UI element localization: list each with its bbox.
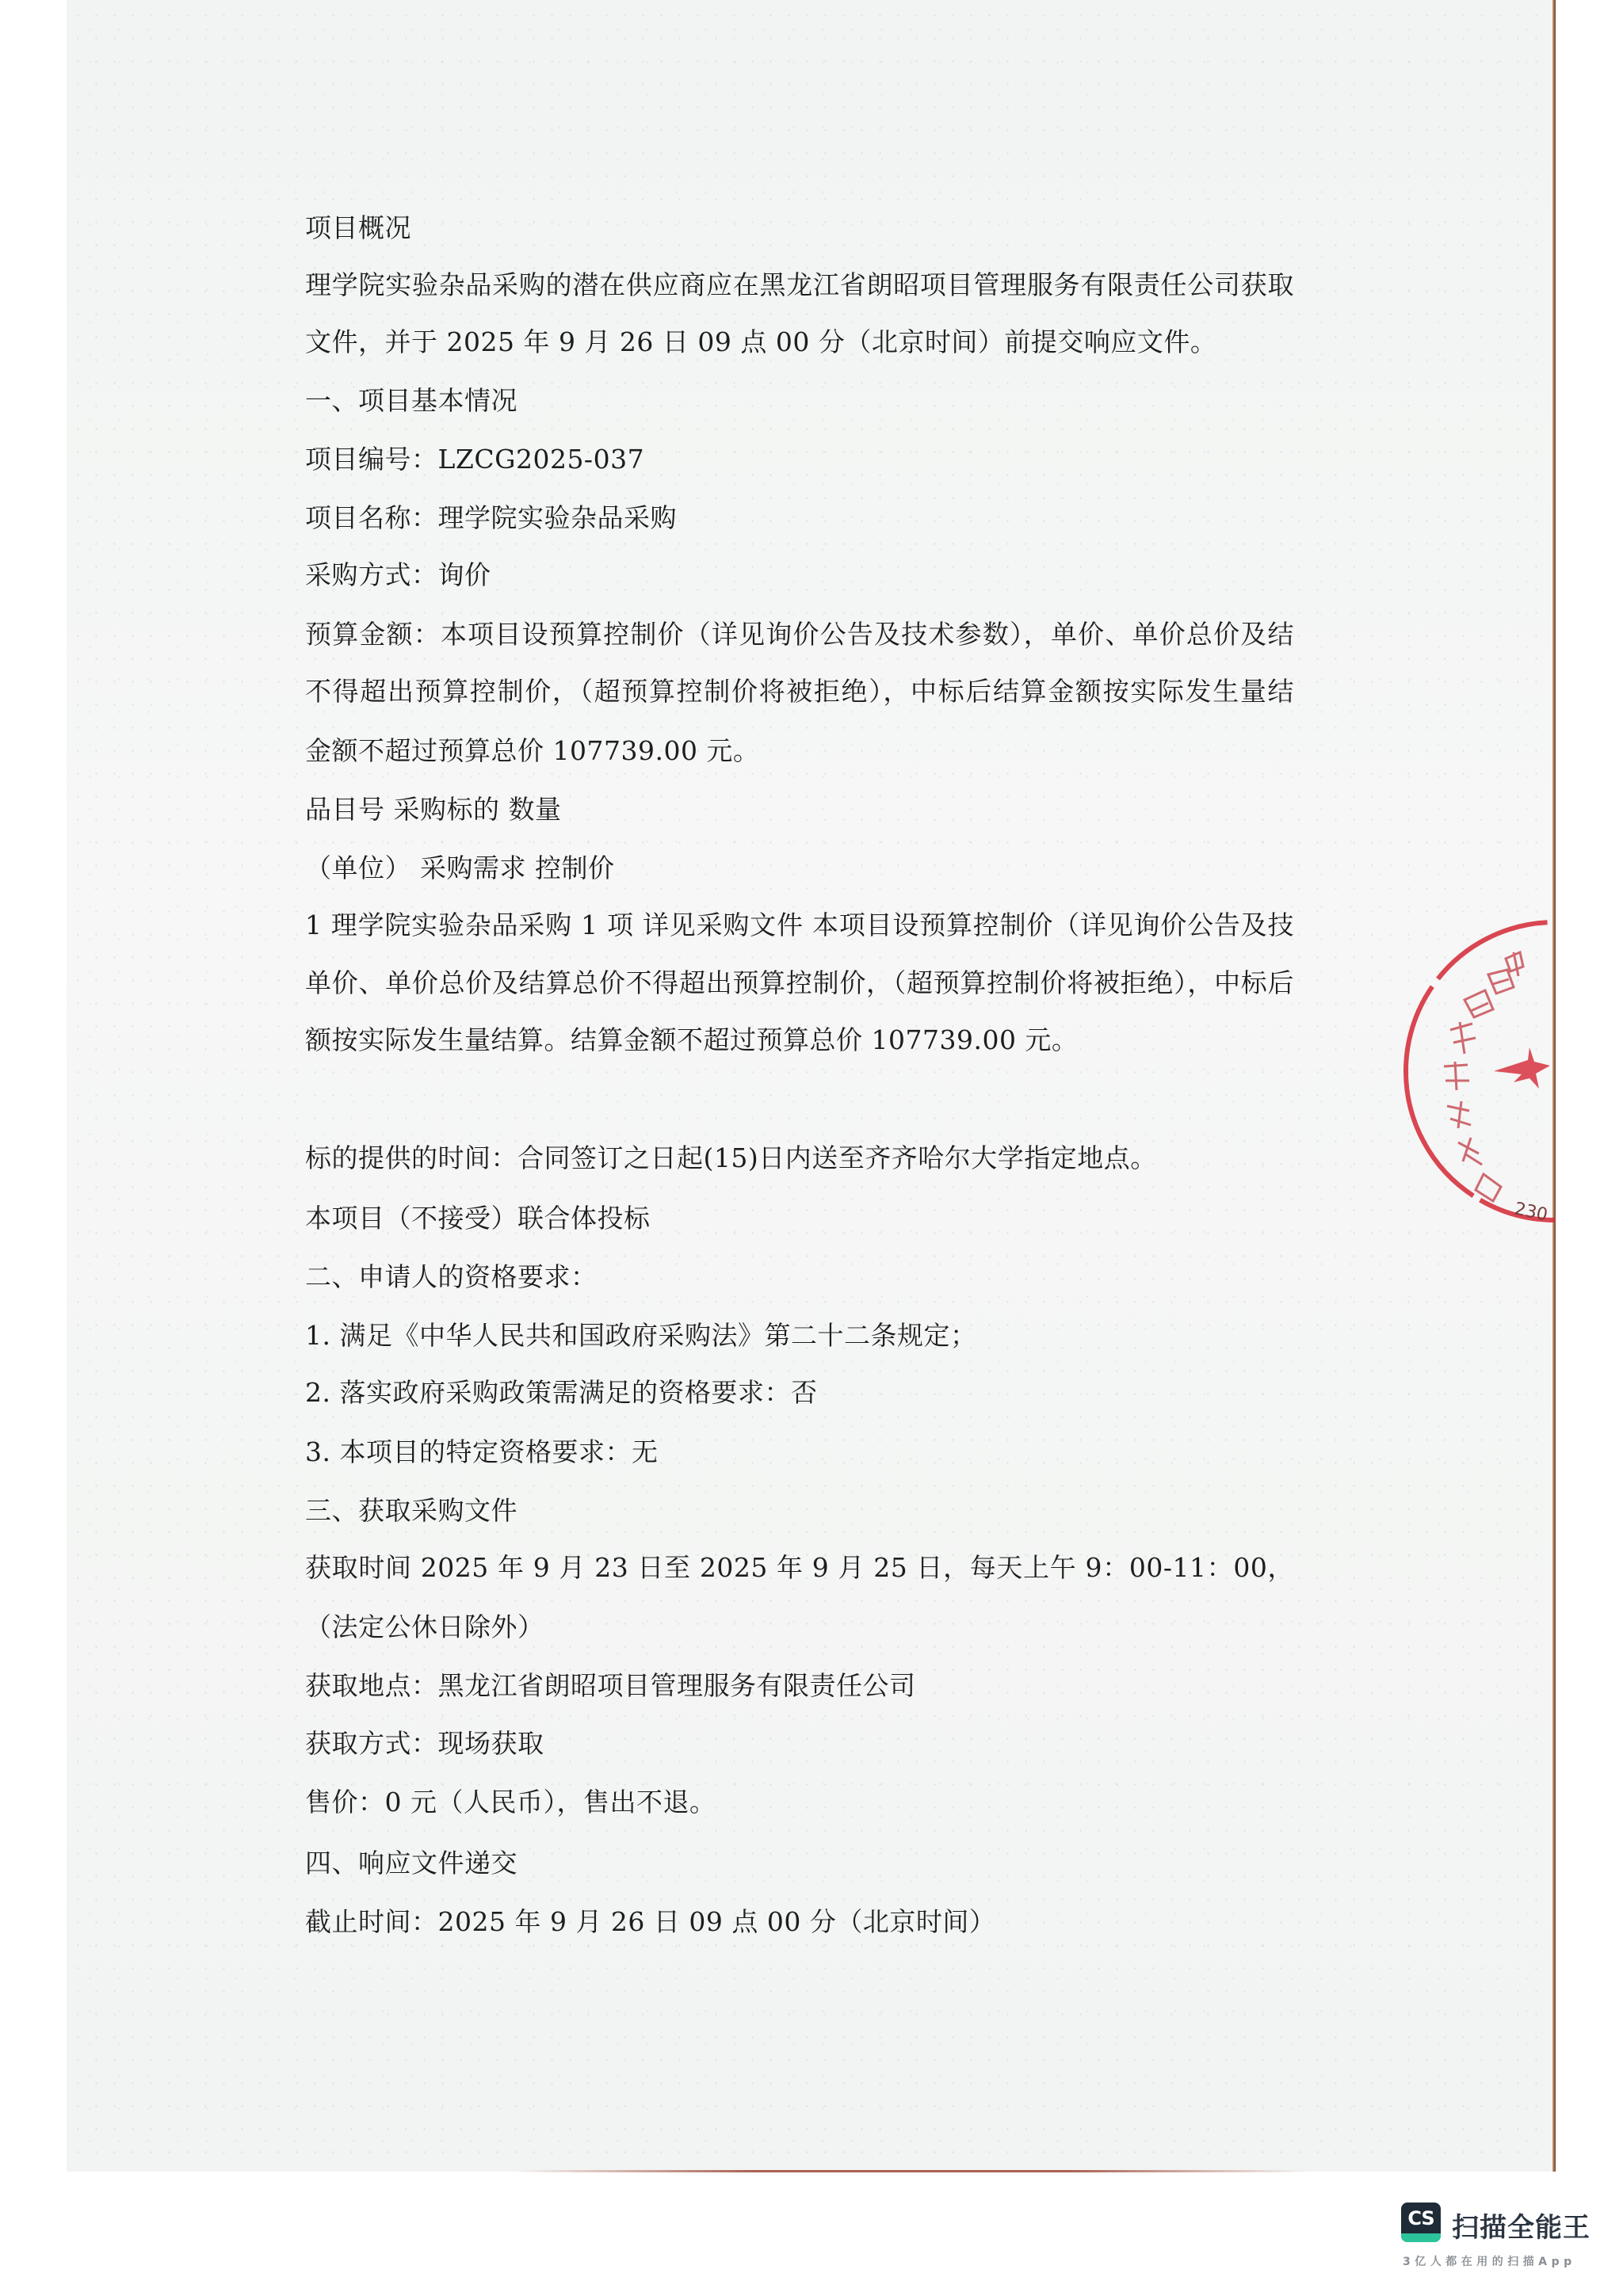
document-line: 获取地点：黑龙江省朗昭项目管理服务有限责任公司 <box>305 1670 916 1702</box>
document-line: 标的提供的时间：合同签订之日起(15)日内送至齐齐哈尔大学指定地点。 <box>305 1142 1157 1174</box>
document-line: 品目号 采购标的 数量 <box>305 794 561 826</box>
document-line: 三、获取采购文件 <box>305 1495 517 1527</box>
document-line: 金额不超过预算总价 107739.00 元。 <box>305 735 759 767</box>
document-line: 本项目（不接受）联合体投标 <box>305 1203 651 1234</box>
document-line: 不得超出预算控制价，（超预算控制价将被拒绝），中标后结算金额按实际发生量结算。结… <box>305 676 1294 707</box>
document-line: 采购方式：询价 <box>305 559 491 591</box>
document-line: 四、响应文件递交 <box>305 1848 517 1879</box>
document-line: 1. 满足《中华人民共和国政府采购法》第二十二条规定； <box>305 1320 976 1352</box>
document-line: 获取方式：现场获取 <box>305 1728 544 1760</box>
document-line: 预算金额：本项目设预算控制价（详见询价公告及技术参数），单价、单价总价及结算总价 <box>305 619 1294 650</box>
document-line: 二、申请人的资格要求： <box>305 1261 598 1293</box>
app-tagline: 3亿人都在用的扫描App <box>1403 2253 1576 2269</box>
company-seal-stamp: 230 <box>1395 911 1555 1236</box>
document-line: 文件，并于 2025 年 9 月 26 日 09 点 00 分（北京时间）前提交… <box>305 326 1216 358</box>
document-line: 单价、单价总价及结算总价不得超出预算控制价，（超预算控制价将被拒绝），中标后结算… <box>305 967 1294 999</box>
document-line: 1 理学院实验杂品采购 1 项 详见采购文件 本项目设预算控制价（详见询价公告及… <box>305 910 1294 941</box>
document-line: （法定公休日除外） <box>305 1611 544 1643</box>
document-line: （单位） 采购需求 控制价 <box>305 852 614 884</box>
logo-band <box>1401 2233 1441 2242</box>
document-line: 获取时间 2025 年 9 月 23 日至 2025 年 9 月 25 日，每天… <box>305 1552 1294 1584</box>
document-line: 一、项目基本情况 <box>305 385 517 417</box>
document-line: 项目概况 <box>305 212 411 244</box>
document-line: 项目编号：LZCG2025-037 <box>305 444 644 475</box>
document-line: 理学院实验杂品采购的潜在供应商应在黑龙江省朗昭项目管理服务有限责任公司获取采购 <box>305 269 1294 301</box>
document-line: 截止时间：2025 年 9 月 26 日 09 点 00 分（北京时间） <box>305 1906 995 1938</box>
document-line: 3. 本项目的特定资格要求：无 <box>305 1436 658 1468</box>
stamp-number: 230 <box>1513 1199 1549 1225</box>
document-line: 售价：0 元（人民币），售出不退。 <box>305 1787 716 1818</box>
document-line: 额按实际发生量结算。结算金额不超过预算总价 107739.00 元。 <box>305 1024 1078 1056</box>
document-line: 2. 落实政府采购政策需满足的资格要求：否 <box>305 1377 817 1409</box>
app-name: 扫描全能王 <box>1452 2206 1591 2245</box>
camscanner-logo-icon: CS <box>1401 2203 1441 2242</box>
logo-letters: CS <box>1401 2207 1441 2229</box>
document-line: 项目名称：理学院实验杂品采购 <box>305 502 677 534</box>
star-icon <box>1494 1047 1550 1089</box>
page-edge-bottom <box>515 2170 1308 2172</box>
